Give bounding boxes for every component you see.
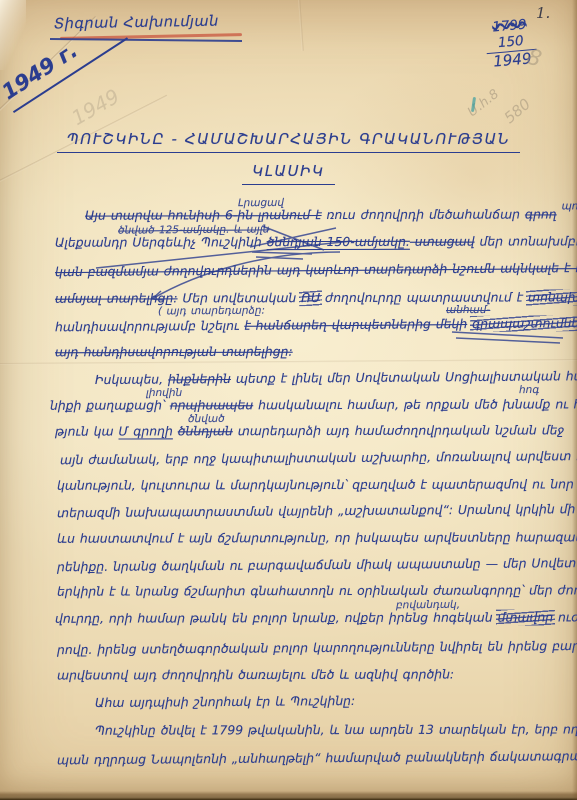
handwritten-text: պան դղրդաց Նապոլեոնի „անհաղթելի“ համարվա…	[57, 748, 577, 768]
manuscript-line: տերազմի նախապատրաստման վայրենի „աշխատանք…	[57, 501, 577, 520]
manuscript-line: Պուշկինը ծնվել է 1799 թվականին, և նա արդ…	[95, 721, 577, 737]
interline-insert: ( այդ տարեդարձը:	[158, 305, 265, 318]
handwritten-text: Պուշկինը ծնվել է 1799 թվականին, և նա արդ…	[95, 721, 577, 737]
interline-insert: հոգ	[519, 384, 539, 396]
manuscript-line: Ահա այդպիսի շնորհակ էր և Պուշկինը:	[95, 693, 355, 710]
manuscript-line: արվեստով այդ ժողովրդին ծառայելու մեծ և ա…	[57, 666, 454, 682]
handwritten-text: մեր տոնախմբութա-	[475, 233, 577, 248]
manuscript-line: Իսկապես, ինքներին պետք է լինել մեր Սովետ…	[95, 368, 577, 387]
struck-text: ծննդյան 150-ամյակը.	[267, 234, 410, 249]
manuscript-line: րենիքը. նրանց ծաղկման ու բարգավաճման միա…	[57, 555, 577, 574]
manuscript-line: կան բազմամյա ժողովուրդներին այդ կարևոր տ…	[55, 260, 577, 279]
document-title-line2: ԿԼԱՍԻԿ	[0, 161, 577, 185]
struck-text: անհամ-	[446, 304, 490, 316]
scribbled-word: տոնախմբե	[528, 289, 577, 304]
struck-text: որպիսապես	[170, 397, 253, 412]
struck-text: ինքներին	[168, 371, 231, 386]
manuscript-line: թյուն կա Մ գրողի ծննդյան տարեդարձի այդ հ…	[55, 422, 564, 438]
corner-fold-highlight	[0, 0, 26, 70]
struck-text: գրող	[525, 206, 557, 221]
handwritten-text: Մեր սովետական	[178, 290, 302, 305]
handwritten-text: հանդիսավորությամբ նշելու	[55, 318, 244, 334]
manuscript-line: ամսյալ տարելիցը: Մեր սովետական ՌՍ ժողովո…	[55, 289, 577, 305]
manuscript-line: Այս տարվա հունիսի 6-ին լրանում է ռուս ժո…	[85, 206, 577, 222]
handwritten-text: ուժերն ու կո-	[553, 609, 577, 624]
manuscript-line: վուրդը, որի համար թանկ են բոլոր նրանք, ո…	[55, 609, 577, 626]
fold-crease	[0, 359, 577, 365]
document-title-line1: ՊՈՒՇԿԻՆԸ - ՀԱՄԱՇԽԱՐՀԱՅԻՆ ԳՐԱԿԱՆՈՒԹՅԱՆ	[0, 129, 577, 153]
struck-text: ծննդյան	[178, 423, 233, 438]
handwritten-text: ( այդ տարեդարձը:	[158, 305, 265, 318]
handwritten-text: ժողովուրդը պատրաստվում է	[320, 289, 528, 305]
scribbled-word: ՌՍ	[301, 290, 320, 305]
handwritten-text: րովը. իրենց ստեղծագործական բոլոր կարողու…	[57, 638, 577, 657]
double-underline-mark	[252, 252, 312, 259]
handwritten-text: հոգ	[519, 384, 539, 396]
manuscript-page: 1. Տիգրան Հախումյան 1799 150 1949 8 Մ.հ.…	[0, 0, 577, 800]
scribbled-word: գրապաշտումներ	[472, 315, 577, 331]
author-name: Տիգրան Հախումյան	[54, 14, 219, 33]
struck-text: Այս տարվա հունիսի 6-ին լրանում է	[85, 207, 322, 223]
manuscript-line: պան դղրդաց Նապոլեոնի „անհաղթելի“ համարվա…	[57, 748, 577, 768]
pencil-archive-note: Մ.հ.8	[465, 87, 502, 120]
manuscript-line: րովը. իրենց ստեղծագործական բոլոր կարողու…	[57, 638, 577, 657]
handwritten-text: կանություն, կուլտուրա և մարդկայնություն՝…	[57, 476, 577, 492]
struck-text: կան բազմամյա ժողովուրդներին այդ կարևոր տ…	[55, 260, 577, 279]
struck-text: ամսյալ տարելիցը:	[55, 290, 178, 305]
page-number: 1.	[536, 4, 550, 22]
handwritten-text: արվեստով այդ ժողովրդին ծառայելու մեծ և ա…	[57, 666, 454, 682]
struck-text: է հանճարեղ վարպետներից մեկի	[244, 316, 467, 333]
pencil-number-note: 580	[501, 95, 535, 127]
handwritten-text: Ահա այդպիսի շնորհակ էր և Պուշկինը:	[95, 693, 355, 710]
interline-insert: անհամ-	[446, 304, 490, 316]
handwritten-text: երկիրն է և նրանց ճշմարիտ գնահատողն ու օր…	[57, 582, 577, 598]
handwritten-text: տերազմի նախապատրաստման վայրենի „աշխատանք…	[57, 501, 577, 520]
handwritten-text: թյուն կա	[55, 424, 119, 439]
manuscript-line: նիքի քաղաքացի՝ որպիսապես հասկանալու համա…	[50, 396, 577, 413]
manuscript-line: կանություն, կուլտուրա և մարդկայնություն՝…	[57, 476, 577, 492]
handwritten-text: ևս հաստատվում է այն ճշմարտությունը, որ ի…	[57, 529, 577, 545]
handwritten-text: րենիքը. նրանց ծաղկման ու բարգավաճման միա…	[57, 555, 577, 574]
scribble-strike	[452, 332, 563, 343]
handwritten-text	[557, 206, 562, 221]
fold-crease	[298, 0, 304, 51]
manuscript-line: այդ հանդիսավորության տարելիցը:	[55, 344, 293, 360]
handwritten-text: Մ գրողի	[118, 423, 172, 438]
handwritten-text: այն ժամանակ, երբ ողջ կապիտալիստական աշխա…	[60, 448, 577, 467]
handwritten-text: տարեդարձի այդ համաժողովրդական նշման մեջ	[233, 422, 565, 438]
manuscript-line: Ալեքսանդր Սերգեևիչ Պուշկինի ծննդյան 150-…	[55, 233, 577, 249]
scribbled-word: մտավոր	[497, 609, 553, 624]
handwritten-text: վուրդը, որի համար թանկ են բոլոր նրանք, ո…	[55, 610, 498, 626]
handwritten-text: ռուս ժողովրդի մեծահանճար	[322, 207, 525, 223]
manuscript-line: այն ժամանակ, երբ ողջ կապիտալիստական աշխա…	[60, 448, 577, 467]
handwritten-text: նիքի քաղաքացի՝	[50, 397, 170, 412]
manuscript-line: հանդիսավորությամբ նշելու է հանճարեղ վարպ…	[55, 315, 577, 335]
struck-text: ստացավ	[410, 234, 475, 249]
handwritten-text: հասկանալու համար, թե որքան մեծ խնամք ու …	[253, 396, 577, 412]
inserted-word: պոետ	[562, 200, 577, 212]
page-bottom-edge	[0, 791, 577, 800]
handwritten-text: Իսկապես,	[95, 371, 168, 387]
handwritten-text: Ալեքսանդր Սերգեևիչ Պուշկինի	[55, 234, 267, 250]
manuscript-line: ևս հաստատվում է այն ճշմարտությունը, որ ի…	[57, 529, 577, 545]
manuscript-line: երկիրն է և նրանց ճշմարիտ գնահատողն ու օր…	[57, 582, 577, 598]
struck-text: այդ հանդիսավորության տարելիցը:	[55, 344, 293, 360]
